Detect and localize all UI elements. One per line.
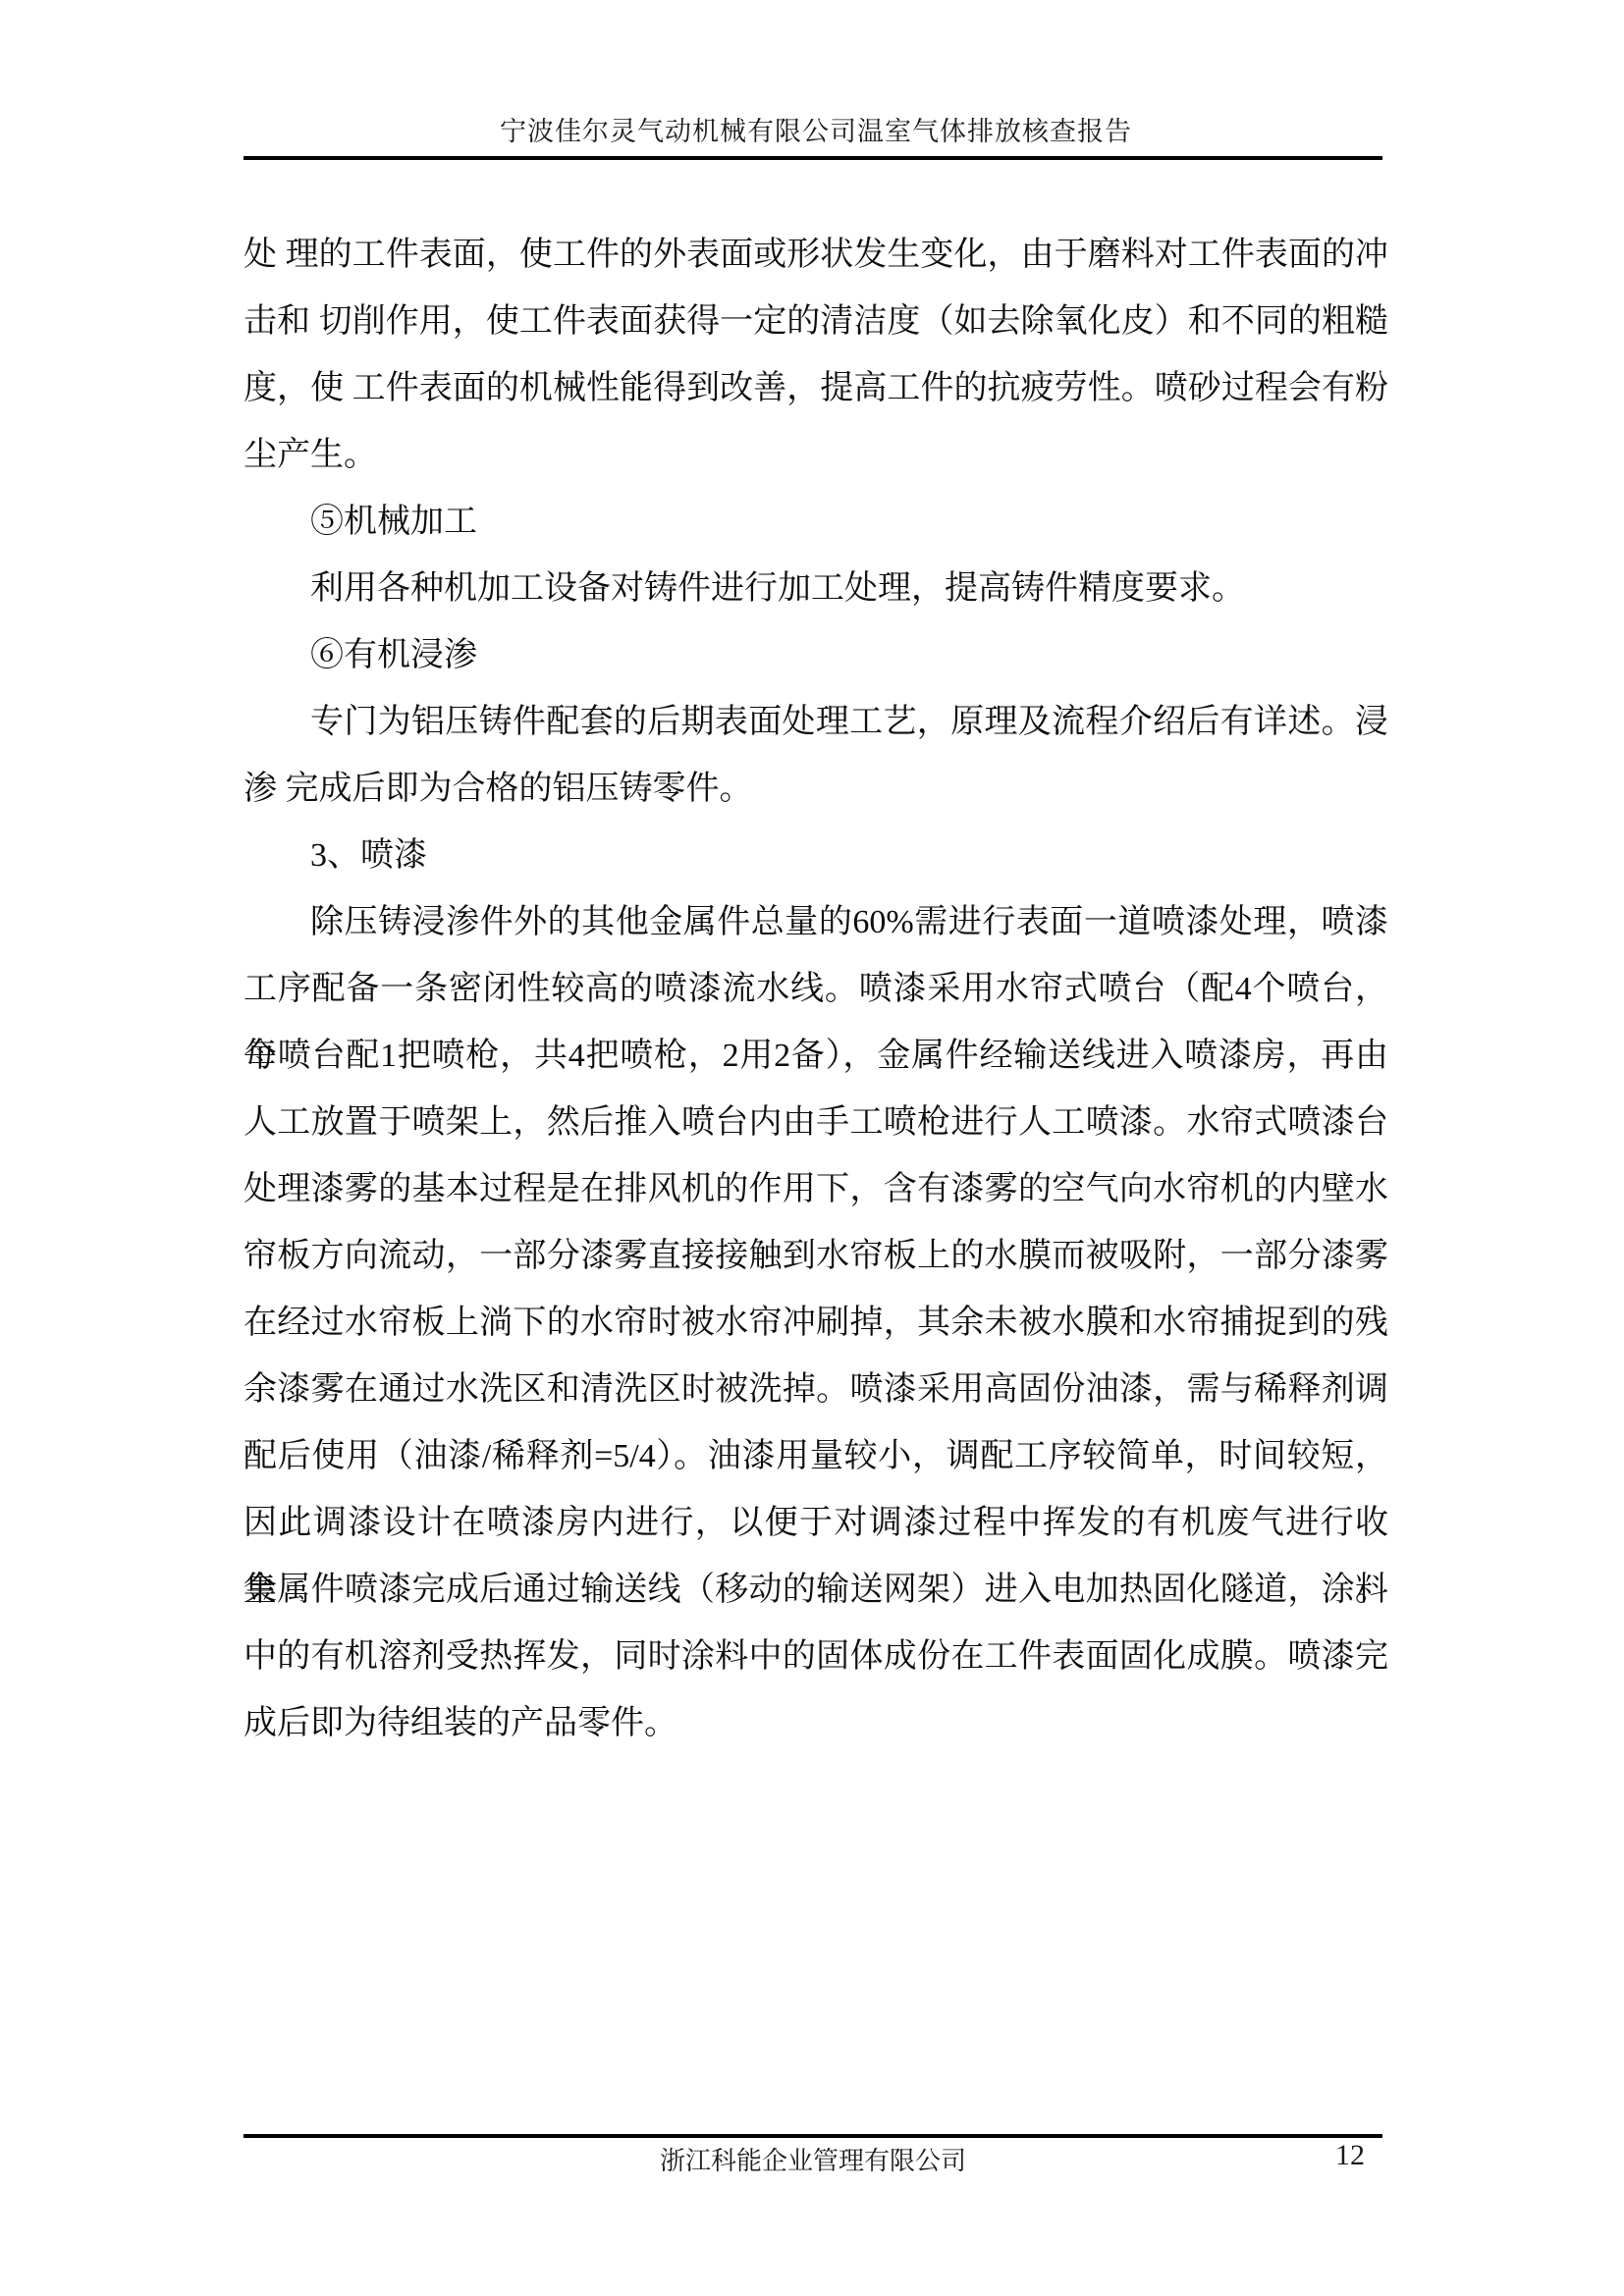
text-line: 工序配备一条密闭性较高的喷漆流水线。喷漆采用水帘式喷台（配4个喷台，每 (244, 956, 1388, 1023)
text-line: 帘板方向流动，一部分漆雾直接接触到水帘板上的水膜而被吸附，一部分漆雾 (244, 1223, 1388, 1290)
text-line: 渗 完成后即为合格的铝压铸零件。 (244, 756, 1388, 823)
header-title: 宁波佳尔灵气动机械有限公司温室气体排放核查报告 (244, 110, 1388, 153)
text-line: 处理漆雾的基本过程是在排风机的作用下，含有漆雾的空气向水帘机的内壁水 (244, 1156, 1388, 1223)
text-line: 利用各种机加工设备对铸件进行加工处理，提高铸件精度要求。 (244, 556, 1388, 622)
text-line: 成后即为待组装的产品零件。 (244, 1690, 1388, 1757)
text-line: 金属件喷漆完成后通过输送线（移动的输送网架）进入电加热固化隧道，涂料 (244, 1557, 1388, 1624)
text-line: 除压铸浸渗件外的其他金属件总量的60%需进行表面一道喷漆处理，喷漆 (244, 889, 1388, 956)
page-number: 12 (244, 2136, 1365, 2175)
text-line: 余漆雾在通过水洗区和清洗区时被洗掉。喷漆采用高固份油漆，需与稀释剂调 (244, 1357, 1388, 1423)
text-line: 专门为铝压铸件配套的后期表面处理工艺，原理及流程介绍后有详述。浸 (244, 689, 1388, 756)
header-rule (244, 156, 1382, 160)
text-line: 配后使用（油漆/稀释剂=5/4）。油漆用量较小，调配工序较简单，时间较短， (244, 1423, 1388, 1490)
text-line: 人工放置于喷架上，然后推入喷台内由手工喷枪进行人工喷漆。水帘式喷漆台 (244, 1090, 1388, 1156)
text-line: 击和 切削作用，使工件表面获得一定的清洁度（如去除氧化皮）和不同的粗糙 (244, 289, 1388, 355)
text-line: 在经过水帘板上淌下的水帘时被水帘冲刷掉，其余未被水膜和水帘捕捉到的残 (244, 1290, 1388, 1357)
body-text: 处 理的工件表面，使工件的外表面或形状发生变化，由于磨料对工件表面的冲 击和 切… (244, 222, 1388, 1757)
text-line: 尘产生。 (244, 422, 1388, 489)
text-line: 处 理的工件表面，使工件的外表面或形状发生变化，由于磨料对工件表面的冲 (244, 222, 1388, 289)
text-line: 个喷台配1把喷枪，共4把喷枪，2用2备），金属件经输送线进入喷漆房，再由 (244, 1023, 1388, 1090)
text-line-heading: 3、喷漆 (244, 823, 1388, 889)
text-line: 度，使 工件表面的机械性能得到改善，提高工件的抗疲劳性。喷砂过程会有粉 (244, 355, 1388, 422)
text-line-heading: ⑤机械加工 (244, 489, 1388, 556)
document-page: 宁波佳尔灵气动机械有限公司温室气体排放核查报告 处 理的工件表面，使工件的外表面… (0, 0, 1624, 2296)
text-line: 因此调漆设计在喷漆房内进行，以便于对调漆过程中挥发的有机废气进行收集。 (244, 1490, 1388, 1557)
text-line: 中的有机溶剂受热挥发，同时涂料中的固体成份在工件表面固化成膜。喷漆完 (244, 1624, 1388, 1690)
text-line-heading: ⑥有机浸渗 (244, 622, 1388, 689)
